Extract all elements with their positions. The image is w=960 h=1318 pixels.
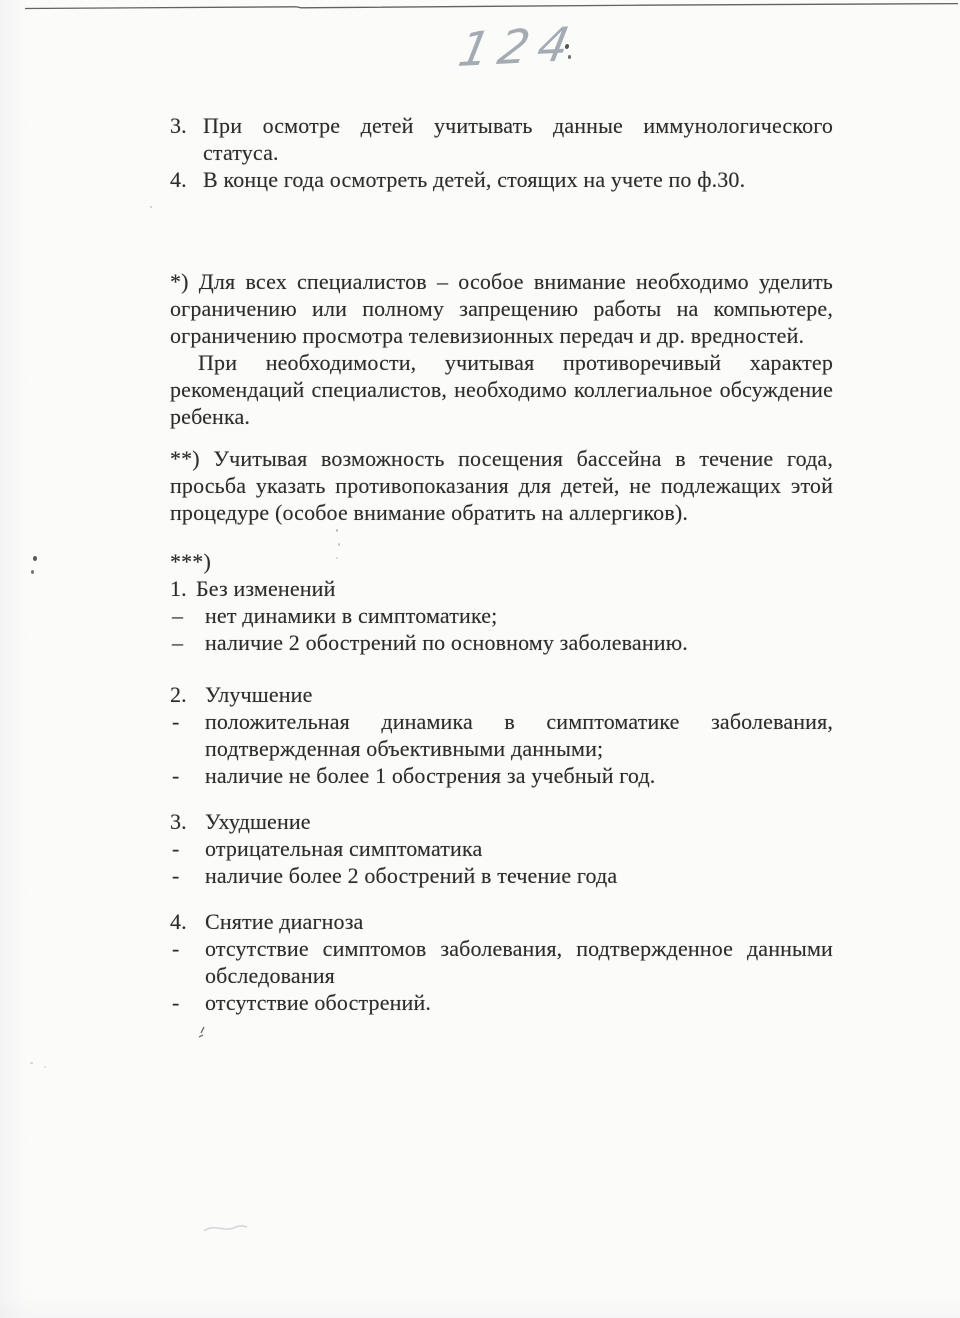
section-title-row: 2. Улучшение — [170, 681, 833, 708]
section-title: Улучшение — [205, 682, 313, 707]
item-text: В конце года осмотреть детей, стоящих на… — [203, 167, 745, 192]
section-title-row: 4. Снятие диагноза — [170, 908, 833, 935]
footnote-paragraph: *) Для всех специалистов – особое вниман… — [170, 268, 833, 349]
criteria-section-no-change: 1. Без изменений – нет динамики в симпто… — [170, 575, 833, 656]
numbered-item-4: 4. В конце года осмотреть детей, стоящих… — [170, 166, 833, 193]
section-title: Без изменений — [196, 576, 336, 601]
list-item: - положительная динамика в симптоматике … — [170, 708, 833, 762]
handwritten-page-number: 124 — [455, 21, 582, 74]
list-item-text: нет динамики в симптоматике; — [205, 603, 497, 628]
dash-bullet: - — [172, 835, 179, 862]
list-item-text: положительная динамика в симптоматике за… — [205, 709, 833, 761]
dash-bullet: – — [172, 602, 183, 629]
scanned-document-page: 124 3. При осмотре детей учитывать данны… — [0, 0, 960, 1318]
footnote-paragraph: При необходимости, учитывая противоречив… — [170, 349, 833, 430]
list-item: - наличие более 2 обострений в течение г… — [170, 862, 833, 889]
list-item: – нет динамики в симптоматике; — [170, 602, 833, 629]
dash-bullet: - — [172, 935, 179, 962]
section-title: Снятие диагноза — [205, 909, 363, 934]
section-number: 3. — [170, 808, 187, 835]
scan-top-edge-line — [0, 0, 960, 14]
criteria-section-diagnosis-removal: 4. Снятие диагноза - отсутствие симптомо… — [170, 908, 833, 1016]
criteria-section-worsening: 3. Ухудшение - отрицательная симптоматик… — [170, 808, 833, 889]
criteria-section-improvement: 2. Улучшение - положительная динамика в … — [170, 681, 833, 789]
section-title: Ухудшение — [205, 809, 311, 834]
item-number: 4. — [170, 166, 187, 193]
list-item: - наличие не более 1 обострения за учебн… — [170, 762, 833, 789]
list-item-text: наличие 2 обострений по основному заболе… — [205, 630, 688, 655]
item-text: При осмотре детей учитывать данные иммун… — [203, 113, 833, 165]
footnote-triple-star-label: ***) — [170, 548, 833, 575]
dash-bullet: - — [172, 708, 179, 735]
item-number: 3. — [170, 112, 187, 139]
dash-bullet: - — [172, 762, 179, 789]
section-title-row: 1. Без изменений — [170, 575, 833, 602]
list-item-text: наличие не более 1 обострения за учебный… — [205, 763, 655, 788]
dash-bullet: – — [172, 629, 183, 656]
section-number: 1. — [170, 575, 187, 602]
faint-squiggle-mark — [200, 1218, 252, 1238]
footnote-double-star: **) Учитывая возможность посещения бассе… — [170, 445, 833, 526]
list-item: - отрицательная симптоматика — [170, 835, 833, 862]
numbered-item-3: 3. При осмотре детей учитывать данные им… — [170, 112, 833, 166]
section-title-row: 3. Ухудшение — [170, 808, 833, 835]
list-item: – наличие 2 обострений по основному забо… — [170, 629, 833, 656]
dash-bullet: - — [172, 862, 179, 889]
list-item: - отсутствие симптомов заболевания, подт… — [170, 935, 833, 989]
pen-flick-mark — [196, 1024, 210, 1044]
list-item-text: наличие более 2 обострений в течение год… — [205, 863, 617, 888]
list-item-text: отсутствие обострений. — [205, 990, 431, 1015]
list-item-text: отрицательная симптоматика — [205, 836, 482, 861]
section-number: 2. — [170, 681, 187, 708]
section-number: 4. — [170, 908, 187, 935]
footnote-single-star: *) Для всех специалистов – особое вниман… — [170, 268, 833, 430]
dash-bullet: - — [172, 989, 179, 1016]
document-body: 3. При осмотре детей учитывать данные им… — [170, 112, 833, 1016]
list-item-text: отсутствие симптомов заболевания, подтве… — [205, 936, 833, 988]
list-item: - отсутствие обострений. — [170, 989, 833, 1016]
